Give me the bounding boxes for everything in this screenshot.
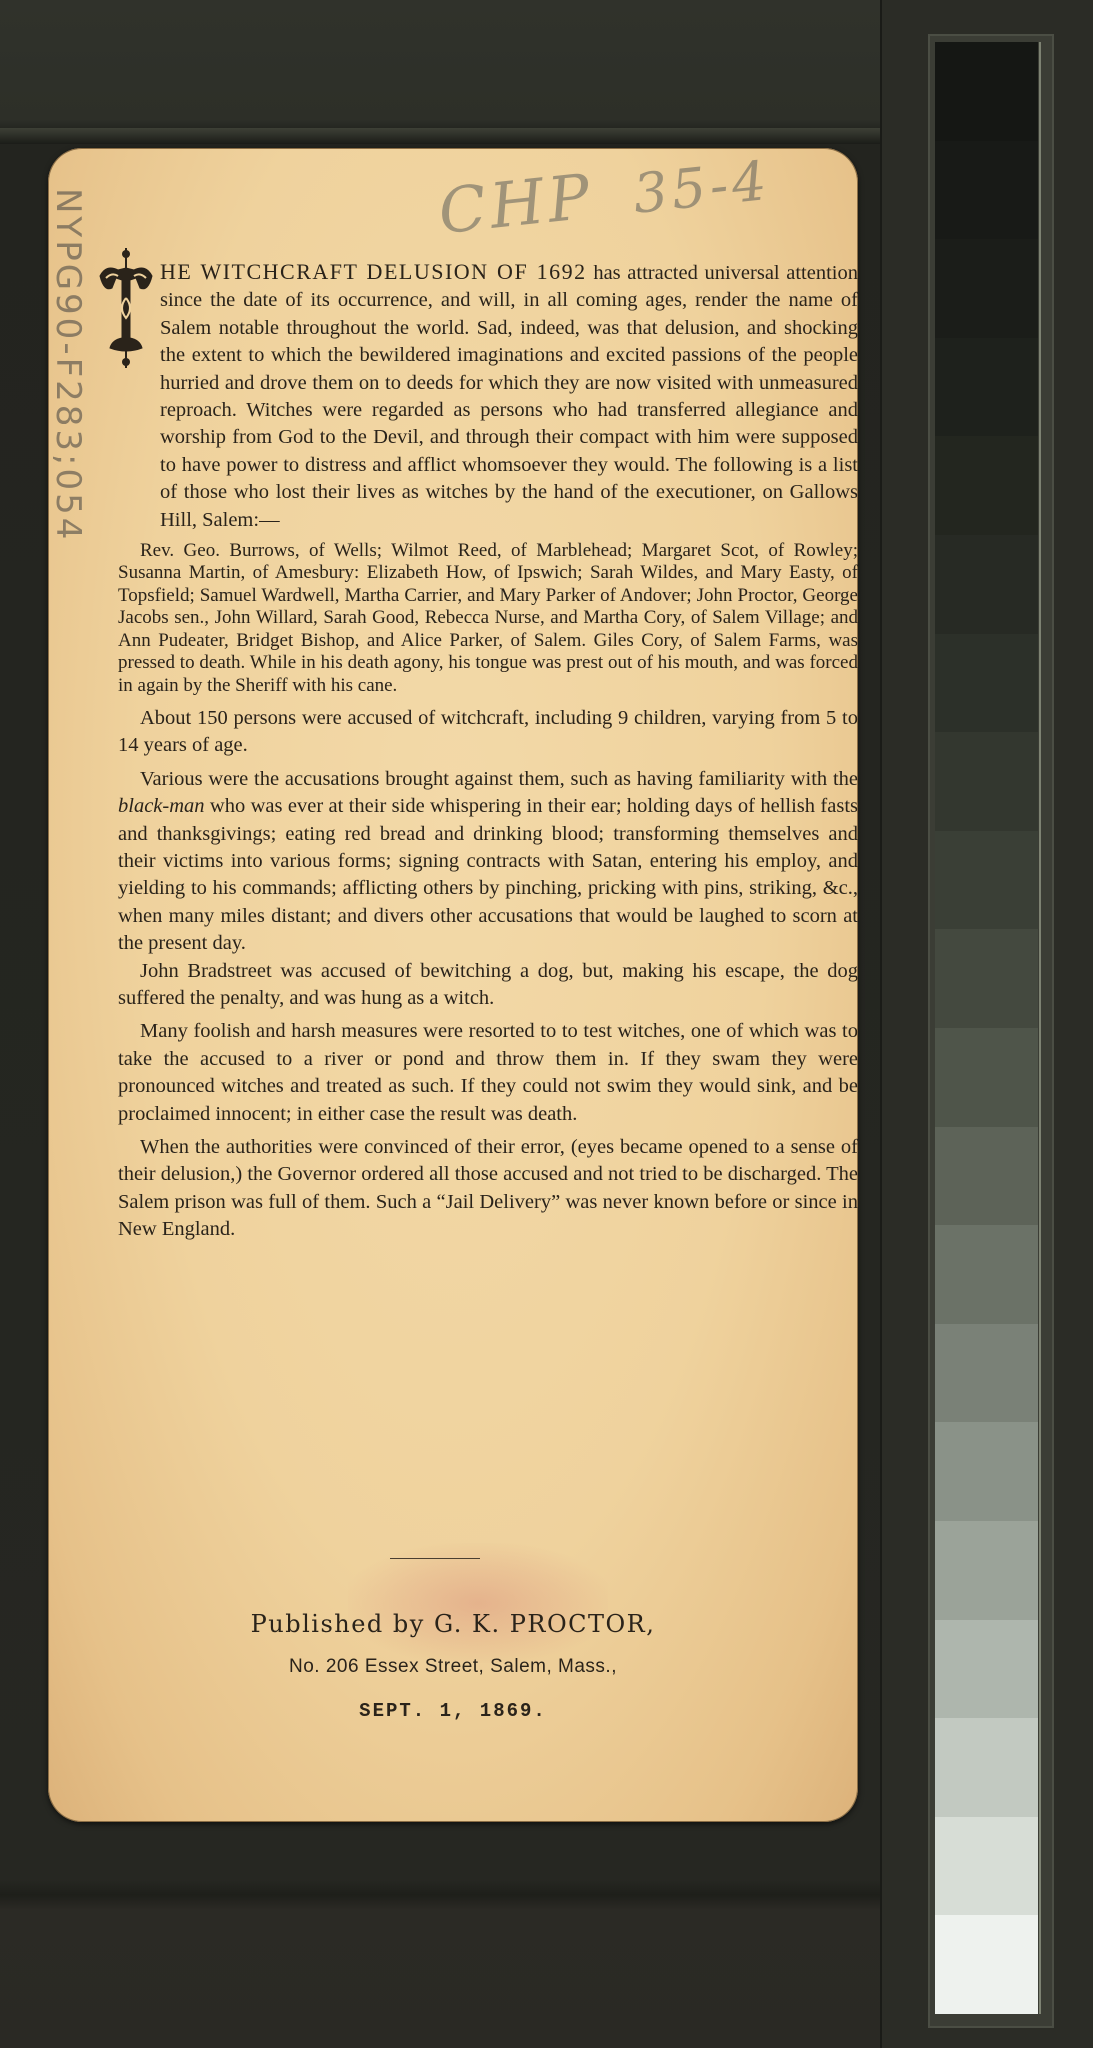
gray-step-1 — [935, 42, 1038, 141]
pencil-note-top-left: CHP — [435, 159, 597, 248]
gray-step-3 — [935, 239, 1038, 338]
paragraph-accusations: Various were the accusations brought aga… — [118, 766, 858, 958]
accusations-italic-black-man: black-man — [118, 795, 205, 817]
publisher-address: No. 206 Essex Street, Salem, Mass., — [48, 1656, 858, 1678]
pencil-note-top-right: 35-4 — [630, 149, 773, 226]
gray-step-9 — [935, 831, 1038, 930]
accusations-text-1: Various were the accusations brought aga… — [140, 768, 858, 790]
victims-list: Rev. Geo. Burrows, of Wells; Wilmot Reed… — [118, 540, 858, 697]
gray-step-17 — [935, 1620, 1038, 1719]
paragraph-bradstreet: John Bradstreet was accused of bewitchin… — [118, 958, 858, 1013]
publication-date: SEPT. 1, 1869. — [48, 1700, 858, 1722]
ornamental-drop-cap-icon — [96, 248, 156, 368]
paragraph-test-measures: Many foolish and harsh measures were res… — [118, 1018, 858, 1128]
gray-step-13 — [935, 1225, 1038, 1324]
stereoview-card: CHP35-4 NYPG90-F283;054 HE WITCHCRAFT DE… — [48, 148, 858, 1822]
gray-step-18 — [935, 1718, 1038, 1817]
gray-step-4 — [935, 338, 1038, 437]
stain-mark — [348, 1543, 608, 1663]
gray-step-7 — [935, 634, 1038, 733]
pencil-note-left-margin: NYPG90-F283;054 — [50, 188, 86, 708]
heading-witchcraft-delusion: HE WITCHCRAFT DELUSION OF 1692 — [160, 259, 587, 284]
gray-step-15 — [935, 1422, 1038, 1521]
pencil-note-left-text: NYPG90-F283;054 — [48, 188, 88, 542]
intro-text: has attracted universal attention since … — [160, 262, 858, 531]
gray-step-16 — [935, 1521, 1038, 1620]
intro-paragraph: HE WITCHCRAFT DELUSION OF 1692 has attra… — [118, 258, 858, 534]
publisher-name: Published by G. K. PROCTOR, — [48, 1610, 858, 1638]
gray-step-20 — [935, 1915, 1038, 2014]
gray-step-8 — [935, 732, 1038, 831]
paragraph-jail-delivery: When the authorities were convinced of t… — [118, 1134, 858, 1244]
accusations-text-2: who was ever at their side whispering in… — [118, 795, 858, 954]
gray-step-6 — [935, 535, 1038, 634]
gray-scale-edge — [1039, 42, 1041, 2014]
body-text: HE WITCHCRAFT DELUSION OF 1692 has attra… — [118, 258, 858, 1244]
gray-step-12 — [935, 1127, 1038, 1226]
gray-step-11 — [935, 1028, 1038, 1127]
paragraph-accused-count: About 150 persons were accused of witchc… — [118, 705, 858, 760]
pencil-note-top: CHP35-4 — [435, 141, 773, 248]
gray-step-5 — [935, 436, 1038, 535]
gray-step-10 — [935, 929, 1038, 1028]
gray-step-19 — [935, 1817, 1038, 1916]
divider-rule — [390, 1558, 480, 1559]
gray-step-2 — [935, 141, 1038, 240]
gray-step-14 — [935, 1324, 1038, 1423]
gray-scale-strip — [935, 42, 1038, 2014]
